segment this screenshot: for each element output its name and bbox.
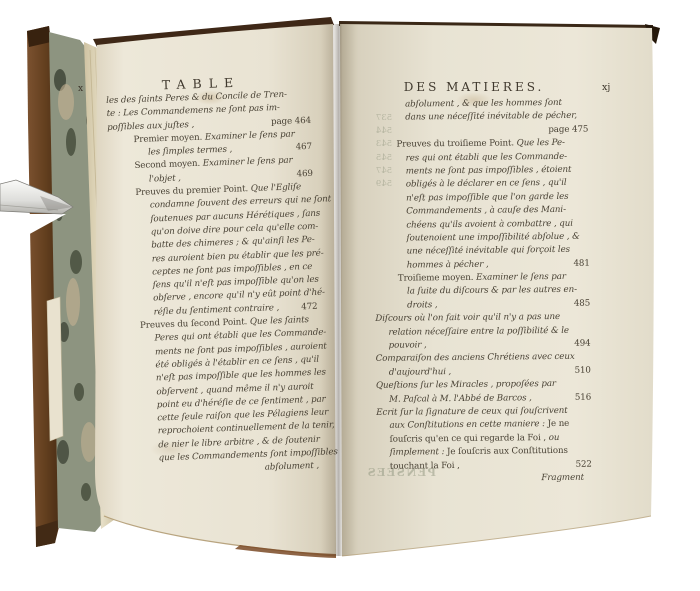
entry-text-italic: la ſuite du diſcours & par les autres en…: [407, 285, 577, 297]
page-ref: 472: [301, 301, 318, 315]
page-ref-number: 485: [574, 298, 590, 308]
page-ref-number: 475: [572, 124, 588, 134]
entry-text-italic: droits ,: [407, 300, 438, 310]
page-ref-number: 467: [295, 142, 312, 153]
entry-text-roman: Second moyen.: [134, 159, 203, 171]
book-photo: PENSÉES 537544543545547549 x TABLE DES M…: [0, 0, 700, 591]
entry-text-italic: aux Conſtitutions en cette maniere :: [389, 419, 547, 431]
entry-text-italic: Que l'Egliſe: [251, 182, 302, 194]
bookmark-strip: [47, 297, 63, 441]
entry-text-italic: d'aujourd'hui ,: [389, 367, 451, 378]
right-page-header: DES MATIERES.: [368, 80, 580, 94]
page-ref: 467: [295, 141, 312, 155]
entry-text-italic: res qui ont établi que les Commande-: [406, 151, 567, 163]
entry-text-italic: ou: [549, 433, 560, 443]
entry-text-italic: Examiner le ſens par: [205, 129, 295, 142]
page-ref: 469: [296, 168, 313, 182]
entry-text-italic: Queſtions ſur les Miracles , propoſées p…: [376, 379, 556, 391]
page-ref: 522: [575, 458, 591, 472]
page-ref: 481: [573, 257, 589, 271]
entry-text-italic: pouvoir ,: [389, 340, 427, 350]
entry-text-roman: Preuves du troiſieme Point.: [396, 139, 516, 150]
entry-text-italic: ments ne ſont pas impoſſibles , étoient: [406, 165, 572, 177]
entry-text-italic: hommes à pécher ,: [407, 259, 489, 270]
entry-text-italic: poſſibles aux juſtes ,: [107, 120, 194, 133]
page-ref: 510: [574, 364, 590, 378]
page-ref: 516: [575, 391, 591, 405]
entry-text-italic: Que les ſaints: [250, 315, 309, 327]
entry-text-italic: abſolument , & que les hommes ſont: [405, 98, 562, 110]
book-illustration: [0, 0, 700, 591]
entry-text-italic: Commandements , à cauſe des Mani-: [406, 205, 566, 217]
page-ref-number: 481: [573, 258, 589, 268]
entry-text-italic: les ſimples termes ,: [148, 145, 233, 158]
entry-text-italic: obligés à le déclarer en ce ſens , qu'il: [406, 178, 567, 190]
entry-text-italic: Que les Pe-: [517, 138, 565, 149]
entry-text-italic: Diſcours où l'on fait voir qu'il n'y a p…: [375, 312, 560, 324]
entry-text-italic: n'eſt pas impoſſible que l'on garde les: [406, 192, 569, 204]
entry-text-italic: Comparaiſon des anciens Chrétiens avec c…: [376, 352, 575, 364]
entry-text-roman: Je ne: [548, 419, 570, 429]
entry-text-roman: ſouſcris qu'en ce qui regarde la Foi ,: [390, 433, 549, 445]
entry-text-italic: M. Paſcal à M. l'Abbé de Barcos ,: [389, 393, 532, 404]
entry-text-italic: chéens qu'ils avoient à combattre , qui: [406, 218, 573, 230]
toc-line: Fragment: [364, 472, 592, 488]
entry-text-italic: une néceſſité inévitable qui forçoit les: [407, 245, 570, 257]
page-ref: page 475: [548, 123, 588, 137]
entry-text-italic: ſoutenoient une impoſſibilité abſolue , …: [406, 232, 579, 244]
entry-text-italic: abſolument ,: [265, 461, 320, 473]
entry-text-italic: Examiner le ſens par: [476, 272, 566, 283]
entry-text-italic: ſimplement :: [390, 447, 447, 458]
right-page-folio: xj: [602, 82, 610, 93]
gutter-shadow: [320, 24, 356, 556]
entry-text-italic: Examiner le ſens par: [203, 156, 293, 169]
page-ref-number: 469: [296, 169, 313, 180]
toc-right-column: abſolument , & que les hommes ſontdans u…: [360, 97, 592, 488]
entry-text-roman: Je ſouſcris aux Conſtitutions: [447, 446, 568, 457]
page-ref-number: 472: [301, 302, 318, 313]
page-ref-number: 522: [575, 459, 591, 469]
entry-text-roman: Preuves du ſecond Point.: [140, 317, 250, 331]
entry-text-italic: relation néceſſaire entre la poſſibilité…: [388, 325, 569, 337]
page-ref-prefix: page: [548, 125, 572, 135]
entry-text-italic: Ecrit ſur la ſignature de ceux qui ſouſc…: [376, 406, 567, 418]
entry-text-roman: Premier moyen.: [133, 132, 205, 144]
entry-text-italic: dans une néceſſité inévitable de pécher,: [405, 111, 577, 123]
page-ref: 485: [574, 297, 590, 311]
page-ref-prefix: page: [271, 116, 295, 127]
entry-text-roman: touchant la Foi ,: [390, 461, 460, 472]
page-ref-number: 464: [295, 115, 312, 126]
entry-text-roman: Troiſieme moyen.: [398, 273, 476, 284]
entry-text-italic: l'objet ,: [149, 173, 181, 184]
page-ref-number: 516: [575, 392, 591, 402]
page-ref-number: 494: [574, 339, 590, 349]
page-ref: 494: [574, 338, 590, 352]
page-ref-number: 510: [575, 365, 591, 375]
toc-left-column: les des ſaints Peres & du Concile de Tre…: [106, 88, 325, 481]
left-page-folio: x: [78, 84, 83, 94]
entry-text-italic: Fragment: [541, 473, 584, 483]
